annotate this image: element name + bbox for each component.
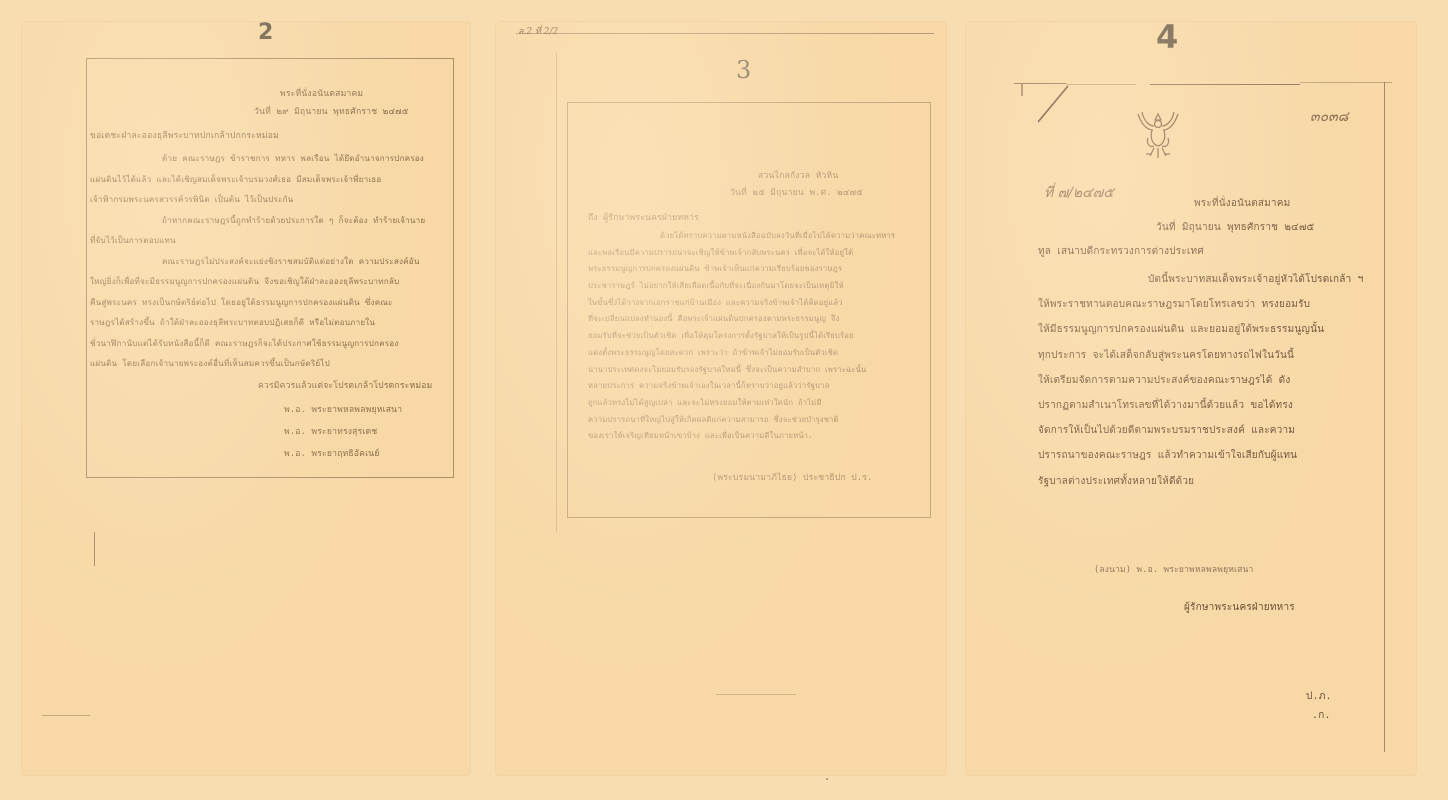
- signatory: พ.อ. พระยาทรงสุรเดช: [284, 422, 377, 443]
- margin-line: [556, 52, 557, 532]
- signatory: พ.อ. พระยาพหลพลพยุหเสนา: [284, 400, 402, 421]
- body-line: ให้พระราชทานตอบคณะราษฎรมาโดยโทรเลขว่า ทร…: [1038, 292, 1364, 317]
- body-line: บัดนี้พระบาทสมเด็จพระเจ้าอยู่หัวได้โปรดเ…: [1038, 267, 1364, 292]
- body-line: ปรารถนาของคณะราษฎร แล้วทำความเข้าใจเสียก…: [1038, 443, 1364, 468]
- garuda-emblem-icon: [1134, 108, 1182, 162]
- document-code: ๓๐๓๘: [1310, 106, 1349, 128]
- signature-title: ผู้รักษาพระนครฝ่ายทหาร: [1184, 598, 1295, 619]
- margin-mark: [94, 532, 95, 566]
- body-line: แผ่นดินไว้ได้แล้ว และได้เชิญสมเด็จพระเจ้…: [90, 169, 425, 190]
- addressee: ถึง ผู้รักษาพระนครฝ่ายทหาร: [588, 208, 699, 229]
- body-line: นานาประเทศคงจะไม่ยอมรับรองรัฐบาลใหม่นี้ …: [588, 362, 895, 379]
- body-line: ชั่วนาฬิกานับแต่ได้รับหนังสือนี้ก็ดี คณะ…: [90, 333, 425, 354]
- body-line: พระธรรมนูญการปกครองแผ่นดิน ข้าพเจ้าเห็นแ…: [588, 261, 895, 278]
- reference-number: ที่ ๗/๒๔๗๕: [1044, 182, 1114, 204]
- body-line: ยอมรับที่จะช่วยเป็นตัวเชิด เพื่อให้คุมโค…: [588, 328, 895, 345]
- body-line: จัดการให้เป็นไปด้วยดีตามพระบรมราชประสงค์…: [1038, 418, 1364, 443]
- header-date: วันที่ ๒๕ มิถุนายน พ.ศ. ๒๔๗๕: [730, 183, 863, 204]
- body-text: บัดนี้พระบาทสมเด็จพระเจ้าอยู่หัวได้โปรดเ…: [1038, 267, 1364, 494]
- document-page-3: ล.2 ที่ 2/2 3 สวนไกลกังวล หัวหิน วันที่ …: [496, 22, 946, 775]
- right-margin-line: [1384, 82, 1385, 752]
- body-text: ด้วยได้ทราบความตามหนังสือฉบับลงวันที่เมื…: [588, 228, 895, 445]
- body-line: ของเราให้เจริญเทียมหน้าเขาบ้าง และเพื่อเ…: [588, 428, 895, 445]
- body-line: ด้วย คณะราษฎร ข้าราชการ ทหาร พลเรือน ได้…: [90, 148, 425, 169]
- top-handwriting: ล.2 ที่ 2/2: [518, 24, 558, 38]
- speck: [826, 778, 828, 780]
- slash-mark-icon: [1018, 82, 1078, 126]
- signature: (ลงนาม) พ.อ. พระยาพหลพลพยุหเสนา: [1094, 560, 1254, 581]
- page-number: 3: [736, 56, 751, 84]
- page-number: 2: [258, 20, 273, 45]
- margin-mark: [42, 715, 90, 716]
- body-line: ให้เตรียมจัดการตามความประสงค์ของคณะราษฎร…: [1038, 368, 1364, 393]
- top-torn-edge: [516, 33, 934, 34]
- header-date: วันที่ มิถุนายน พุทธศักราช ๒๔๗๕: [1156, 218, 1314, 239]
- addressee: ทูล เสนาบดีกระทรวงการต่างประเทศ: [1038, 242, 1204, 263]
- body-line: คืนสู่พระนคร ทรงเป็นกษัตริย์ต่อไป โดยอยู…: [90, 292, 425, 313]
- body-line: ในขั้นซึ่งได้วางจากเอกราชแก่บ้านเมือง แล…: [588, 295, 895, 312]
- body-line: ถูกแล้วทรงไม่ได้สูญเปล่า และจะไม่ทรงยอมใ…: [588, 395, 895, 412]
- body-line: ราษฎรได้สร้างขึ้น ถ้าใต้ฝ่าละอองธุลีพระบ…: [90, 312, 425, 333]
- margin-mark: [716, 694, 796, 695]
- header-place: พระที่นั่งอนันตสมาคม: [1194, 194, 1290, 215]
- body-line: ทุกประการ จะได้เสด็จกลับสู่พระนครโดยทางร…: [1038, 343, 1364, 368]
- body-line: ปรากฏตามสำเนาโทรเลขที่ได้วางมานี้ด้วยแล้…: [1038, 393, 1364, 418]
- addressee: ขอเดชะฝ่าละอองธุลีพระบาทปกเกล้าปกกระหม่อ…: [90, 126, 279, 147]
- document-page-2: 2 พระที่นั่งอนันตสมาคม วันที่ ๒๙ มิถุนาย…: [22, 22, 470, 775]
- document-page-4: 4 ๓๐๓๘ ที่ ๗/๒๔๗๕ พระที่นั่งอนันตสมาคม ว…: [966, 22, 1416, 775]
- header-date: วันที่ ๒๙ มิถุนายน พุทธศักราช ๒๔๗๕: [254, 102, 409, 123]
- body-line: ที่จับไว้เป็นการตอบแทน: [90, 230, 425, 251]
- body-line: ประชาราษฎร์ ไม่อยากให้เสียเลือดเนื้อกับท…: [588, 278, 895, 295]
- body-line: และพลเรือนมีความปรารถนาจะเชิญให้ข้าพเจ้า…: [588, 245, 895, 262]
- footer-line: .ก.: [1312, 706, 1331, 727]
- body-line: ที่จะเปลี่ยนแปลงทำนองนี้ คือพระเจ้าแผ่นด…: [588, 311, 895, 328]
- body-line: ถ้าหากคณะราษฎรนี้ถูกทำร้ายด้วยประการใด ๆ…: [90, 210, 425, 231]
- body-line: ความปรารถนาที่ใหญ่ไปสู่ให้เกิดผลดีแก่ควา…: [588, 412, 895, 429]
- royal-signature: (พระบรมนามาภิไธย) ประชาธิปก ป.ร.: [712, 468, 872, 489]
- page-number: 4: [1156, 18, 1178, 56]
- closing: ควรมิควรแล้วแต่จะโปรดเกล้าโปรดกระหม่อม: [258, 376, 432, 397]
- top-rule: [1300, 82, 1392, 83]
- body-line: ใหญ่ยิ่งก็เพื่อที่จะมีธรรมนูญการปกครองแผ…: [90, 271, 425, 292]
- top-rule: [1150, 84, 1300, 85]
- signatory: พ.อ. พระยาฤทธิอัคเนย์: [284, 444, 380, 465]
- body-line: ด้วยได้ทราบความตามหนังสือฉบับลงวันที่เมื…: [588, 228, 895, 245]
- body-line: รัฐบาลต่างประเทศทั้งหลายให้ดีด้วย: [1038, 469, 1364, 494]
- body-line: คณะราษฎรไม่ประสงค์จะแย่งชิงราชสมบัติแต่อ…: [90, 251, 425, 272]
- body-line: เจ้าฟ้ากรมพระนครสวรรค์วรพินิต เป็นต้น ไว…: [90, 189, 425, 210]
- body-line: แผ่นดิน โดยเลือกเจ้านายพระองค์อื่นที่เห็…: [90, 353, 425, 374]
- footer-line: ป.ภ.: [1306, 687, 1332, 708]
- body-line: ให้มีธรรมนูญการปกครองแผ่นดิน และยอมอยู่ใ…: [1038, 317, 1364, 342]
- body-text: ด้วย คณะราษฎร ข้าราชการ ทหาร พลเรือน ได้…: [90, 148, 425, 374]
- body-line: แต่งตั้งพระธรรมนูญโดยสะดวก เพราะว่า ถ้าข…: [588, 345, 895, 362]
- body-line: หลายประการ ความจริงข้าพเจ้าเองในเวลานี้ก…: [588, 378, 895, 395]
